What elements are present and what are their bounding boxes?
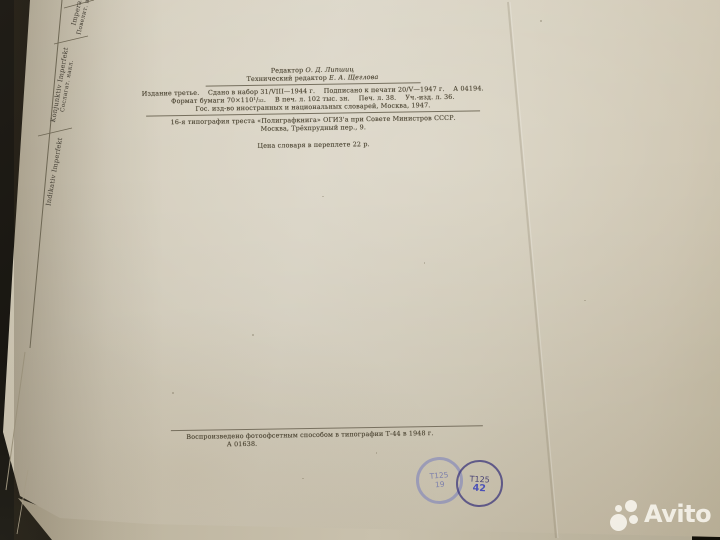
tech-editor-name: Е. А. Щеглова — [329, 73, 378, 82]
paper-speck — [302, 478, 304, 479]
paper-speck — [424, 262, 425, 264]
paper-speck — [172, 392, 174, 394]
avito-logo-icon — [610, 514, 627, 531]
print-code: А 04194. — [453, 84, 484, 92]
imprint-block: Редактор О. Д. Липшиц Технический редакт… — [139, 63, 486, 151]
avito-watermark: Avito — [604, 496, 720, 536]
avito-wordmark: Avito — [644, 500, 711, 528]
tech-editor-label: Технический редактор — [247, 74, 328, 83]
avito-logo-icon — [625, 500, 637, 512]
paper-speck — [376, 452, 377, 454]
stamp-number: 42 — [472, 483, 486, 493]
paper-speck — [252, 334, 254, 336]
avito-logo-icon — [629, 515, 638, 524]
paper-speck — [322, 196, 324, 197]
avito-logo-icon — [615, 505, 622, 512]
book-photo: Imperativ Повелит. накл. Konjunktiv Impe… — [0, 0, 720, 540]
paper-speck — [584, 300, 586, 301]
paper-speck — [540, 20, 542, 22]
stamp-number: 19 — [435, 480, 445, 489]
